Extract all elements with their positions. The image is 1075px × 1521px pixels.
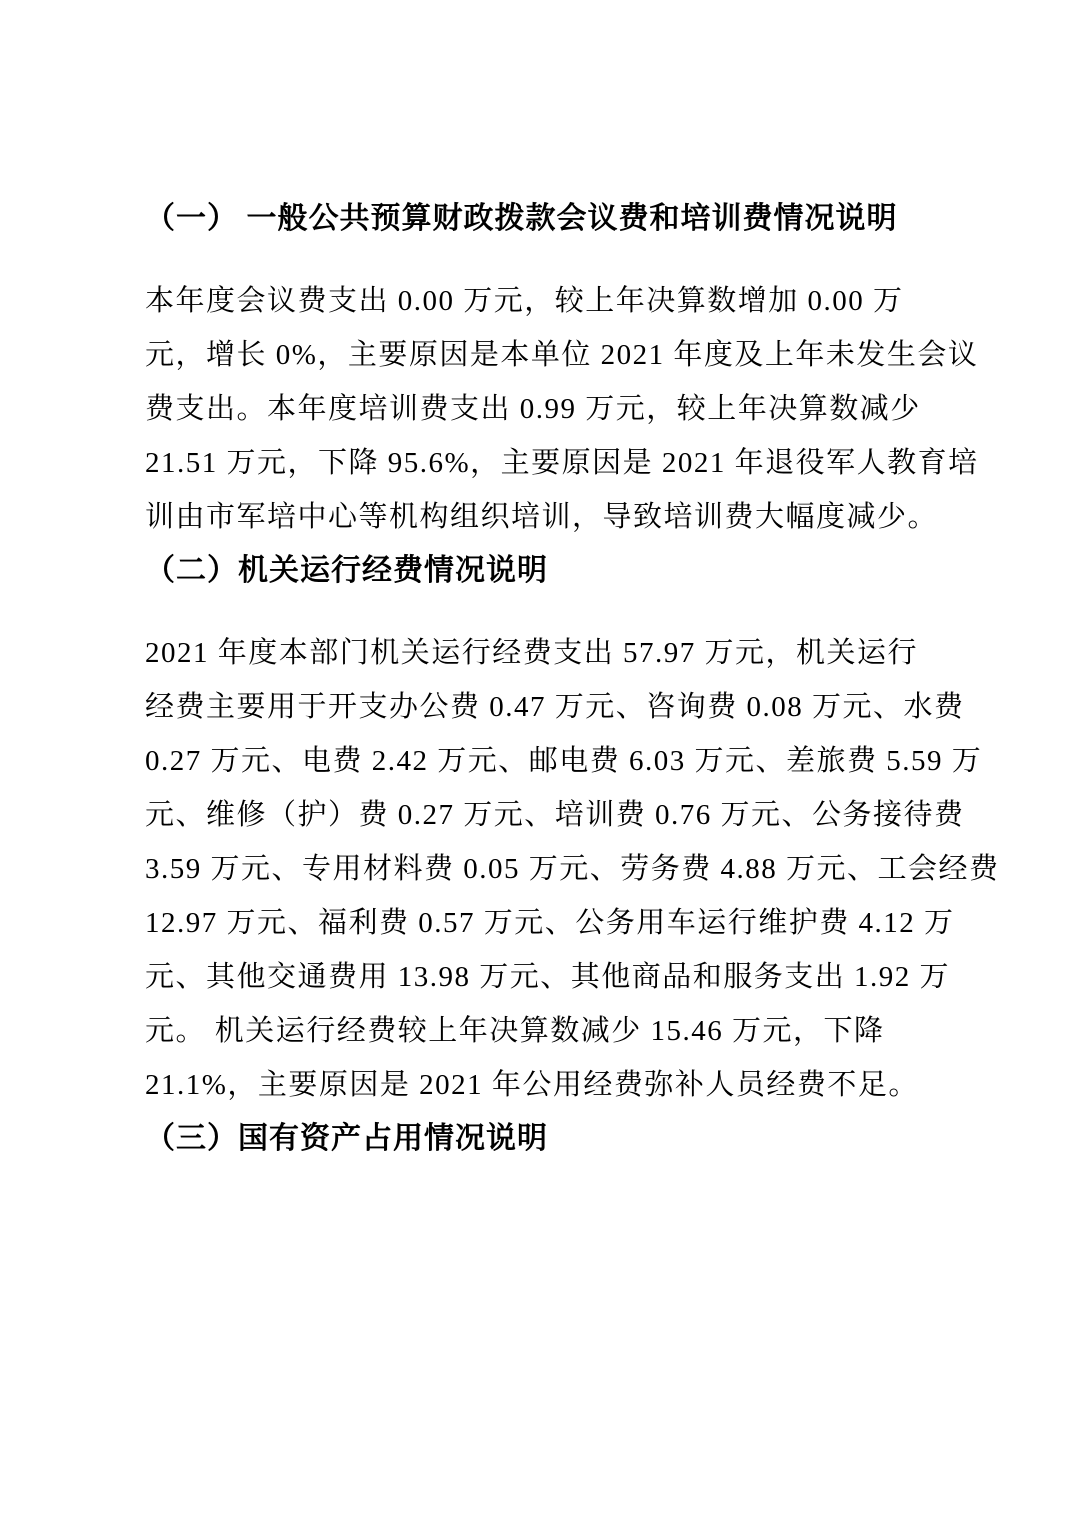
paragraph-line: 元。 机关运行经费较上年决算数减少 15.46 万元，下降	[145, 1004, 935, 1058]
section-meeting-training-fees: （一） 一般公共预算财政拨款会议费和培训费情况说明 本年度会议费支出 0.00 …	[145, 192, 935, 544]
section-state-assets: （三）国有资产占用情况说明	[145, 1112, 935, 1166]
section-2-paragraph: 2021 年度本部门机关运行经费支出 57.97 万元，机关运行 经费主要用于开…	[145, 626, 935, 1112]
section-heading-1: （一） 一般公共预算财政拨款会议费和培训费情况说明	[145, 192, 935, 246]
section-heading-3: （三）国有资产占用情况说明	[145, 1112, 935, 1166]
paragraph-line: 训由市军培中心等机构组织培训，导致培训费大幅度减少。	[145, 490, 935, 544]
paragraph-line: 0.27 万元、电费 2.42 万元、邮电费 6.03 万元、差旅费 5.59 …	[145, 734, 935, 788]
paragraph-line: 本年度会议费支出 0.00 万元，较上年决算数增加 0.00 万	[145, 274, 935, 328]
paragraph-line: 元、维修（护）费 0.27 万元、培训费 0.76 万元、公务接待费	[145, 788, 935, 842]
paragraph-line: 元、其他交通费用 13.98 万元、其他商品和服务支出 1.92 万	[145, 950, 935, 1004]
paragraph-line: 经费主要用于开支办公费 0.47 万元、咨询费 0.08 万元、水费	[145, 680, 935, 734]
section-1-paragraph: 本年度会议费支出 0.00 万元，较上年决算数增加 0.00 万 元，增长 0%…	[145, 274, 935, 544]
paragraph-line: 元，增长 0%，主要原因是本单位 2021 年度及上年未发生会议	[145, 328, 935, 382]
section-heading-2: （二）机关运行经费情况说明	[145, 544, 935, 598]
paragraph-line: 2021 年度本部门机关运行经费支出 57.97 万元，机关运行	[145, 626, 935, 680]
paragraph-line: 21.51 万元，下降 95.6%，主要原因是 2021 年退役军人教育培	[145, 436, 935, 490]
section-operating-expenses: （二）机关运行经费情况说明 2021 年度本部门机关运行经费支出 57.97 万…	[145, 544, 935, 1112]
paragraph-line: 3.59 万元、专用材料费 0.05 万元、劳务费 4.88 万元、工会经费	[145, 842, 935, 896]
document-page: （一） 一般公共预算财政拨款会议费和培训费情况说明 本年度会议费支出 0.00 …	[0, 0, 1075, 1521]
paragraph-line: 21.1%，主要原因是 2021 年公用经费弥补人员经费不足。	[145, 1058, 935, 1112]
paragraph-line: 费支出。本年度培训费支出 0.99 万元，较上年决算数减少	[145, 382, 935, 436]
paragraph-line: 12.97 万元、福利费 0.57 万元、公务用车运行维护费 4.12 万	[145, 896, 935, 950]
